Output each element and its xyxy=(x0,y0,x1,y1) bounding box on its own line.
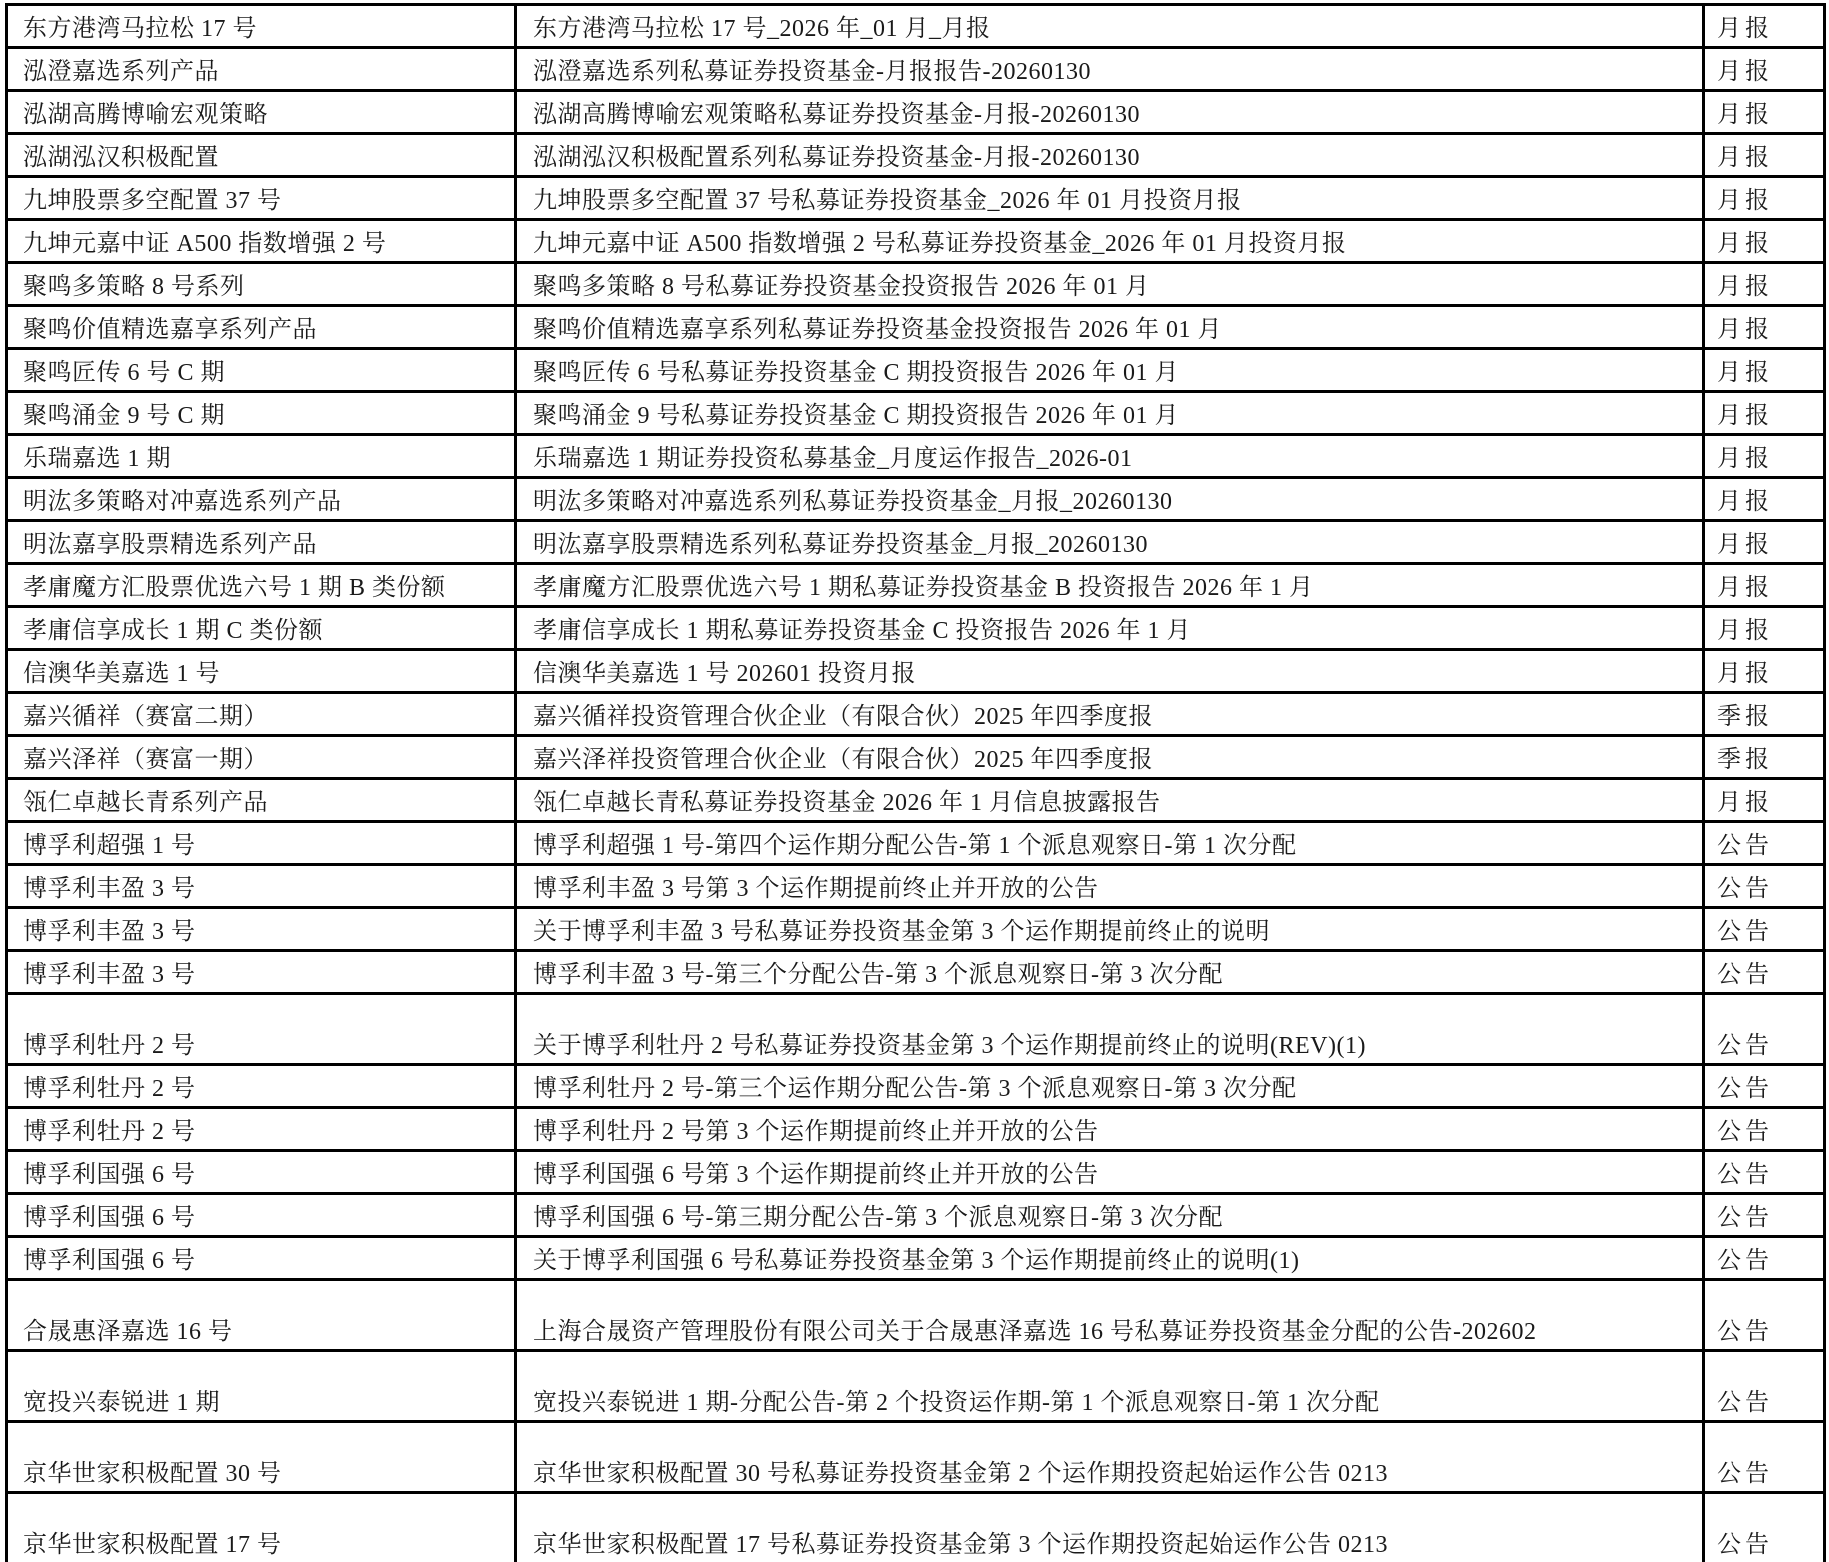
product-name-cell: 博孚利国强 6 号 xyxy=(7,1237,516,1280)
report-type-cell: 月报 xyxy=(1704,478,1825,521)
report-title-cell: 明汯嘉享股票精选系列私募证券投资基金_月报_20260130 xyxy=(516,521,1704,564)
table-row: 明汯嘉享股票精选系列产品 明汯嘉享股票精选系列私募证券投资基金_月报_20260… xyxy=(7,521,1825,564)
product-name-cell: 乐瑞嘉选 1 期 xyxy=(7,435,516,478)
report-title-cell: 孝庸魔方汇股票优选六号 1 期私募证券投资基金 B 投资报告 2026 年 1 … xyxy=(516,564,1704,607)
report-type-cell: 月报 xyxy=(1704,392,1825,435)
report-type-cell: 月报 xyxy=(1704,48,1825,91)
report-title-cell: 九坤元嘉中证 A500 指数增强 2 号私募证券投资基金_2026 年 01 月… xyxy=(516,220,1704,263)
report-type-cell: 公告 xyxy=(1704,1065,1825,1108)
report-type-cell: 公告 xyxy=(1704,1194,1825,1237)
report-title-cell: 博孚利国强 6 号第 3 个运作期提前终止并开放的公告 xyxy=(516,1151,1704,1194)
report-type-cell: 月报 xyxy=(1704,435,1825,478)
report-type-cell: 季报 xyxy=(1704,693,1825,736)
report-title-cell: 博孚利牡丹 2 号-第三个运作期分配公告-第 3 个派息观察日-第 3 次分配 xyxy=(516,1065,1704,1108)
product-name-cell: 聚鸣涌金 9 号 C 期 xyxy=(7,392,516,435)
report-title-cell: 东方港湾马拉松 17 号_2026 年_01 月_月报 xyxy=(516,5,1704,48)
table-row: 博孚利丰盈 3 号 关于博孚利丰盈 3 号私募证券投资基金第 3 个运作期提前终… xyxy=(7,908,1825,951)
report-title-cell: 聚鸣匠传 6 号私募证券投资基金 C 期投资报告 2026 年 01 月 xyxy=(516,349,1704,392)
product-name-cell: 京华世家积极配置 30 号 xyxy=(7,1422,516,1493)
table-row: 泓澄嘉选系列产品 泓澄嘉选系列私募证券投资基金-月报报告-20260130 月报 xyxy=(7,48,1825,91)
report-title-cell: 信澳华美嘉选 1 号 202601 投资月报 xyxy=(516,650,1704,693)
table-row: 泓湖高腾博喻宏观策略 泓湖高腾博喻宏观策略私募证券投资基金-月报-2026013… xyxy=(7,91,1825,134)
table-row: 九坤股票多空配置 37 号 九坤股票多空配置 37 号私募证券投资基金_2026… xyxy=(7,177,1825,220)
table-row: 聚鸣涌金 9 号 C 期 聚鸣涌金 9 号私募证券投资基金 C 期投资报告 20… xyxy=(7,392,1825,435)
product-name-cell: 宽投兴泰锐进 1 期 xyxy=(7,1351,516,1422)
table-row: 博孚利国强 6 号 关于博孚利国强 6 号私募证券投资基金第 3 个运作期提前终… xyxy=(7,1237,1825,1280)
report-title-cell: 泓澄嘉选系列私募证券投资基金-月报报告-20260130 xyxy=(516,48,1704,91)
product-name-cell: 博孚利牡丹 2 号 xyxy=(7,1065,516,1108)
document-sheet: 东方港湾马拉松 17 号 东方港湾马拉松 17 号_2026 年_01 月_月报… xyxy=(5,3,1826,1533)
product-name-cell: 孝庸信享成长 1 期 C 类份额 xyxy=(7,607,516,650)
report-title-cell: 嘉兴循祥投资管理合伙企业（有限合伙）2025 年四季度报 xyxy=(516,693,1704,736)
report-table: 东方港湾马拉松 17 号 东方港湾马拉松 17 号_2026 年_01 月_月报… xyxy=(5,3,1826,1533)
table-row: 明汯多策略对冲嘉选系列产品 明汯多策略对冲嘉选系列私募证券投资基金_月报_202… xyxy=(7,478,1825,521)
table-row: 聚鸣匠传 6 号 C 期 聚鸣匠传 6 号私募证券投资基金 C 期投资报告 20… xyxy=(7,349,1825,392)
report-title-cell: 瓴仁卓越长青私募证券投资基金 2026 年 1 月信息披露报告 xyxy=(516,779,1704,822)
report-type-cell: 月报 xyxy=(1704,779,1825,822)
report-type-cell: 公告 xyxy=(1704,1237,1825,1280)
report-title-cell: 上海合晟资产管理股份有限公司关于合晟惠泽嘉选 16 号私募证券投资基金分配的公告… xyxy=(516,1280,1704,1351)
report-title-cell: 博孚利超强 1 号-第四个运作期分配公告-第 1 个派息观察日-第 1 次分配 xyxy=(516,822,1704,865)
table-row: 乐瑞嘉选 1 期 乐瑞嘉选 1 期证券投资私募基金_月度运作报告_2026-01… xyxy=(7,435,1825,478)
product-name-cell: 博孚利丰盈 3 号 xyxy=(7,908,516,951)
product-name-cell: 聚鸣价值精选嘉享系列产品 xyxy=(7,306,516,349)
product-name-cell: 东方港湾马拉松 17 号 xyxy=(7,5,516,48)
report-title-cell: 京华世家积极配置 17 号私募证券投资基金第 3 个运作期投资起始运作公告 02… xyxy=(516,1493,1704,1534)
product-name-cell: 聚鸣匠传 6 号 C 期 xyxy=(7,349,516,392)
product-name-cell: 九坤股票多空配置 37 号 xyxy=(7,177,516,220)
product-name-cell: 泓湖泓汉积极配置 xyxy=(7,134,516,177)
report-type-cell: 公告 xyxy=(1704,1493,1825,1534)
product-name-cell: 博孚利超强 1 号 xyxy=(7,822,516,865)
report-title-cell: 关于博孚利国强 6 号私募证券投资基金第 3 个运作期提前终止的说明(1) xyxy=(516,1237,1704,1280)
table-row: 博孚利超强 1 号 博孚利超强 1 号-第四个运作期分配公告-第 1 个派息观察… xyxy=(7,822,1825,865)
report-title-cell: 博孚利牡丹 2 号第 3 个运作期提前终止并开放的公告 xyxy=(516,1108,1704,1151)
report-type-cell: 公告 xyxy=(1704,1151,1825,1194)
report-type-cell: 月报 xyxy=(1704,220,1825,263)
table-row: 宽投兴泰锐进 1 期 宽投兴泰锐进 1 期-分配公告-第 2 个投资运作期-第 … xyxy=(7,1351,1825,1422)
table-row: 聚鸣多策略 8 号系列 聚鸣多策略 8 号私募证券投资基金投资报告 2026 年… xyxy=(7,263,1825,306)
table-row: 京华世家积极配置 30 号 京华世家积极配置 30 号私募证券投资基金第 2 个… xyxy=(7,1422,1825,1493)
table-row: 九坤元嘉中证 A500 指数增强 2 号 九坤元嘉中证 A500 指数增强 2 … xyxy=(7,220,1825,263)
report-type-cell: 公告 xyxy=(1704,908,1825,951)
report-title-cell: 孝庸信享成长 1 期私募证券投资基金 C 投资报告 2026 年 1 月 xyxy=(516,607,1704,650)
product-name-cell: 泓澄嘉选系列产品 xyxy=(7,48,516,91)
table-row: 嘉兴循祥（赛富二期） 嘉兴循祥投资管理合伙企业（有限合伙）2025 年四季度报 … xyxy=(7,693,1825,736)
report-title-cell: 宽投兴泰锐进 1 期-分配公告-第 2 个投资运作期-第 1 个派息观察日-第 … xyxy=(516,1351,1704,1422)
product-name-cell: 博孚利丰盈 3 号 xyxy=(7,865,516,908)
report-title-cell: 嘉兴泽祥投资管理合伙企业（有限合伙）2025 年四季度报 xyxy=(516,736,1704,779)
product-name-cell: 瓴仁卓越长青系列产品 xyxy=(7,779,516,822)
report-type-cell: 公告 xyxy=(1704,865,1825,908)
report-type-cell: 月报 xyxy=(1704,91,1825,134)
table-row: 瓴仁卓越长青系列产品 瓴仁卓越长青私募证券投资基金 2026 年 1 月信息披露… xyxy=(7,779,1825,822)
table-row: 嘉兴泽祥（赛富一期） 嘉兴泽祥投资管理合伙企业（有限合伙）2025 年四季度报 … xyxy=(7,736,1825,779)
table-row: 合晟惠泽嘉选 16 号 上海合晟资产管理股份有限公司关于合晟惠泽嘉选 16 号私… xyxy=(7,1280,1825,1351)
report-title-cell: 博孚利丰盈 3 号-第三个分配公告-第 3 个派息观察日-第 3 次分配 xyxy=(516,951,1704,994)
table-row: 孝庸魔方汇股票优选六号 1 期 B 类份额 孝庸魔方汇股票优选六号 1 期私募证… xyxy=(7,564,1825,607)
product-name-cell: 合晟惠泽嘉选 16 号 xyxy=(7,1280,516,1351)
report-title-cell: 明汯多策略对冲嘉选系列私募证券投资基金_月报_20260130 xyxy=(516,478,1704,521)
table-row: 博孚利国强 6 号 博孚利国强 6 号-第三期分配公告-第 3 个派息观察日-第… xyxy=(7,1194,1825,1237)
report-type-cell: 月报 xyxy=(1704,607,1825,650)
report-type-cell: 公告 xyxy=(1704,1422,1825,1493)
report-type-cell: 季报 xyxy=(1704,736,1825,779)
product-name-cell: 博孚利国强 6 号 xyxy=(7,1194,516,1237)
table-row: 博孚利牡丹 2 号 博孚利牡丹 2 号第 3 个运作期提前终止并开放的公告 公告 xyxy=(7,1108,1825,1151)
report-type-cell: 月报 xyxy=(1704,177,1825,220)
report-type-cell: 公告 xyxy=(1704,1108,1825,1151)
table-row: 聚鸣价值精选嘉享系列产品 聚鸣价值精选嘉享系列私募证券投资基金投资报告 2026… xyxy=(7,306,1825,349)
report-type-cell: 月报 xyxy=(1704,306,1825,349)
report-title-cell: 关于博孚利丰盈 3 号私募证券投资基金第 3 个运作期提前终止的说明 xyxy=(516,908,1704,951)
report-type-cell: 月报 xyxy=(1704,564,1825,607)
product-name-cell: 博孚利丰盈 3 号 xyxy=(7,951,516,994)
report-type-cell: 月报 xyxy=(1704,5,1825,48)
report-title-cell: 九坤股票多空配置 37 号私募证券投资基金_2026 年 01 月投资月报 xyxy=(516,177,1704,220)
table-row: 博孚利牡丹 2 号 博孚利牡丹 2 号-第三个运作期分配公告-第 3 个派息观察… xyxy=(7,1065,1825,1108)
report-title-cell: 聚鸣价值精选嘉享系列私募证券投资基金投资报告 2026 年 01 月 xyxy=(516,306,1704,349)
product-name-cell: 博孚利牡丹 2 号 xyxy=(7,994,516,1065)
report-type-cell: 公告 xyxy=(1704,951,1825,994)
report-title-cell: 京华世家积极配置 30 号私募证券投资基金第 2 个运作期投资起始运作公告 02… xyxy=(516,1422,1704,1493)
table-row: 信澳华美嘉选 1 号 信澳华美嘉选 1 号 202601 投资月报 月报 xyxy=(7,650,1825,693)
table-row: 泓湖泓汉积极配置 泓湖泓汉积极配置系列私募证券投资基金-月报-20260130 … xyxy=(7,134,1825,177)
report-title-cell: 聚鸣涌金 9 号私募证券投资基金 C 期投资报告 2026 年 01 月 xyxy=(516,392,1704,435)
report-table-body: 东方港湾马拉松 17 号 东方港湾马拉松 17 号_2026 年_01 月_月报… xyxy=(7,5,1825,1534)
product-name-cell: 博孚利牡丹 2 号 xyxy=(7,1108,516,1151)
product-name-cell: 嘉兴循祥（赛富二期） xyxy=(7,693,516,736)
table-row: 博孚利丰盈 3 号 博孚利丰盈 3 号第 3 个运作期提前终止并开放的公告 公告 xyxy=(7,865,1825,908)
product-name-cell: 明汯多策略对冲嘉选系列产品 xyxy=(7,478,516,521)
product-name-cell: 明汯嘉享股票精选系列产品 xyxy=(7,521,516,564)
report-type-cell: 月报 xyxy=(1704,134,1825,177)
product-name-cell: 泓湖高腾博喻宏观策略 xyxy=(7,91,516,134)
table-row: 博孚利丰盈 3 号 博孚利丰盈 3 号-第三个分配公告-第 3 个派息观察日-第… xyxy=(7,951,1825,994)
table-row: 京华世家积极配置 17 号 京华世家积极配置 17 号私募证券投资基金第 3 个… xyxy=(7,1493,1825,1534)
table-row: 孝庸信享成长 1 期 C 类份额 孝庸信享成长 1 期私募证券投资基金 C 投资… xyxy=(7,607,1825,650)
table-row: 博孚利国强 6 号 博孚利国强 6 号第 3 个运作期提前终止并开放的公告 公告 xyxy=(7,1151,1825,1194)
report-title-cell: 聚鸣多策略 8 号私募证券投资基金投资报告 2026 年 01 月 xyxy=(516,263,1704,306)
report-title-cell: 泓湖高腾博喻宏观策略私募证券投资基金-月报-20260130 xyxy=(516,91,1704,134)
report-type-cell: 公告 xyxy=(1704,822,1825,865)
report-type-cell: 公告 xyxy=(1704,1280,1825,1351)
product-name-cell: 九坤元嘉中证 A500 指数增强 2 号 xyxy=(7,220,516,263)
report-type-cell: 公告 xyxy=(1704,1351,1825,1422)
report-type-cell: 公告 xyxy=(1704,994,1825,1065)
report-type-cell: 月报 xyxy=(1704,263,1825,306)
report-type-cell: 月报 xyxy=(1704,521,1825,564)
report-title-cell: 博孚利丰盈 3 号第 3 个运作期提前终止并开放的公告 xyxy=(516,865,1704,908)
report-title-cell: 乐瑞嘉选 1 期证券投资私募基金_月度运作报告_2026-01 xyxy=(516,435,1704,478)
product-name-cell: 博孚利国强 6 号 xyxy=(7,1151,516,1194)
report-type-cell: 月报 xyxy=(1704,650,1825,693)
table-row: 博孚利牡丹 2 号 关于博孚利牡丹 2 号私募证券投资基金第 3 个运作期提前终… xyxy=(7,994,1825,1065)
report-title-cell: 关于博孚利牡丹 2 号私募证券投资基金第 3 个运作期提前终止的说明(REV)(… xyxy=(516,994,1704,1065)
product-name-cell: 京华世家积极配置 17 号 xyxy=(7,1493,516,1534)
product-name-cell: 嘉兴泽祥（赛富一期） xyxy=(7,736,516,779)
report-title-cell: 博孚利国强 6 号-第三期分配公告-第 3 个派息观察日-第 3 次分配 xyxy=(516,1194,1704,1237)
product-name-cell: 孝庸魔方汇股票优选六号 1 期 B 类份额 xyxy=(7,564,516,607)
table-row: 东方港湾马拉松 17 号 东方港湾马拉松 17 号_2026 年_01 月_月报… xyxy=(7,5,1825,48)
report-type-cell: 月报 xyxy=(1704,349,1825,392)
report-title-cell: 泓湖泓汉积极配置系列私募证券投资基金-月报-20260130 xyxy=(516,134,1704,177)
product-name-cell: 聚鸣多策略 8 号系列 xyxy=(7,263,516,306)
product-name-cell: 信澳华美嘉选 1 号 xyxy=(7,650,516,693)
